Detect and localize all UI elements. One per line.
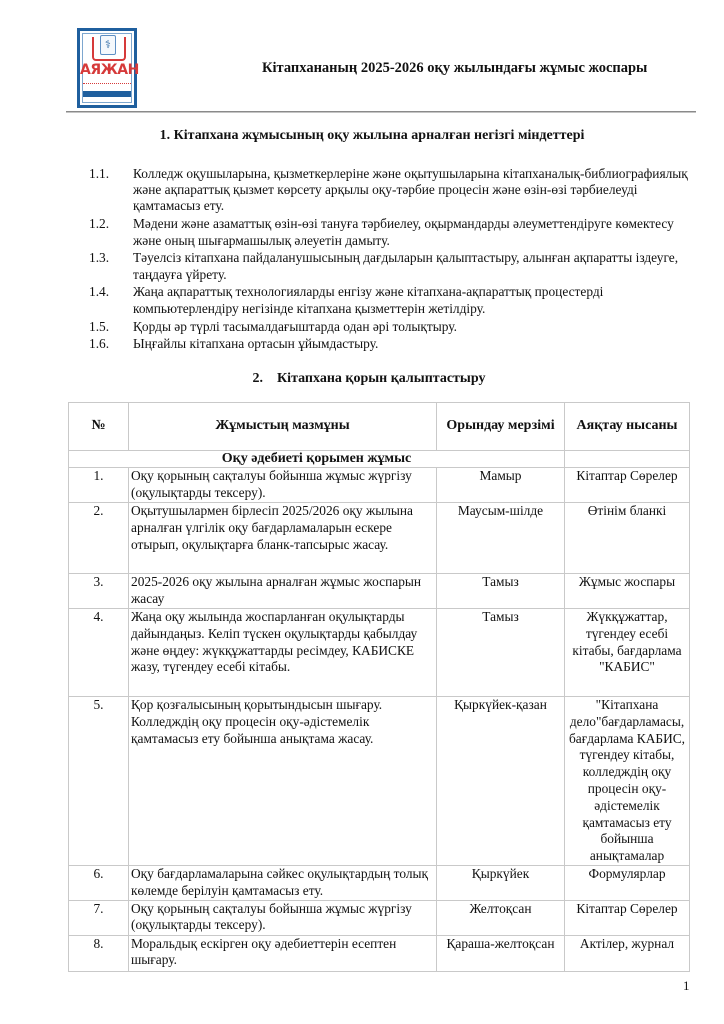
caduceus-icon: ⚕	[100, 35, 116, 55]
table-group-row: Оқу әдебиеті қорымен жұмыс	[69, 451, 690, 468]
task-number: 1.4.	[89, 284, 133, 316]
tasks-list: 1.1.Колледж оқушыларына, қызметкерлеріне…	[89, 166, 689, 354]
document-header-title: Кітапхананың 2025-2026 оқу жылындағы жұм…	[262, 60, 647, 77]
row-content: Оқытушылармен бірлесіп 2025/2026 оқу жыл…	[129, 503, 437, 574]
group-title: Оқу әдебиеті қорымен жұмыс	[69, 451, 565, 468]
row-completion-form: Жұмыс жоспары	[565, 574, 690, 609]
logo-wordmark: АЯЖАН	[80, 62, 134, 78]
row-content: 2025-2026 оқу жылына арналған жұмыс жосп…	[129, 574, 437, 609]
row-completion-form: "Кітапхана дело"бағдарламасы, бағдарлама…	[565, 697, 690, 866]
row-number: 5.	[69, 697, 129, 866]
row-number: 2.	[69, 503, 129, 574]
page-number: 1	[683, 978, 690, 994]
table-header-row: № Жұмыстың мазмұны Орындау мерзімі Аяқта…	[69, 403, 690, 451]
task-text: Қорды әр түрлі тасымалдағыштарда одан әр…	[133, 319, 689, 335]
task-item: 1.6.Ыңғайлы кітапхана ортасын ұйымдастыр…	[89, 336, 689, 352]
row-deadline: Қыркүйек	[437, 866, 565, 901]
row-deadline: Желтоқсан	[437, 900, 565, 935]
row-number: 7.	[69, 900, 129, 935]
row-deadline: Тамыз	[437, 609, 565, 697]
row-content: Жаңа оқу жылында жоспарланған оқулықтард…	[129, 609, 437, 697]
task-text: Ыңғайлы кітапхана ортасын ұйымдастыру.	[133, 336, 689, 352]
header-number: №	[69, 403, 129, 451]
row-number: 1.	[69, 468, 129, 503]
row-completion-form: Формулярлар	[565, 866, 690, 901]
open-book-icon: ⚕	[92, 37, 126, 61]
table-row: 5.Қор қозғалысының қорытындысын шығару. …	[69, 697, 690, 866]
table-row: 4.Жаңа оқу жылында жоспарланған оқулықта…	[69, 609, 690, 697]
row-content: Оқу бағдарламаларына сәйкес оқулықтардың…	[129, 866, 437, 901]
table-row: 7.Оқу қорының сақталуы бойынша жұмыс жүр…	[69, 900, 690, 935]
task-number: 1.1.	[89, 166, 133, 215]
task-item: 1.5.Қорды әр түрлі тасымалдағыштарда ода…	[89, 319, 689, 335]
work-plan-table: № Жұмыстың мазмұны Орындау мерзімі Аяқта…	[68, 402, 690, 972]
task-item: 1.3.Тәуелсіз кітапхана пайдаланушысының …	[89, 250, 689, 282]
header-divider	[66, 111, 696, 113]
row-deadline: Қыркүйек-қазан	[437, 697, 565, 866]
section-1-title: 1. Кітапхана жұмысының оқу жылына арналғ…	[0, 128, 724, 144]
task-text: Колледж оқушыларына, қызметкерлеріне жән…	[133, 166, 689, 215]
header-content: Жұмыстың мазмұны	[129, 403, 437, 451]
section-2-label: Кітапхана қорын қалыптастыру	[277, 371, 485, 386]
header-deadline: Орындау мерзімі	[437, 403, 565, 451]
task-number: 1.2.	[89, 216, 133, 248]
row-completion-form: Кітаптар Сөрелер	[565, 468, 690, 503]
row-number: 6.	[69, 866, 129, 901]
row-number: 4.	[69, 609, 129, 697]
row-number: 8.	[69, 935, 129, 971]
table-row: 8.Моральдық ескірген оқу әдебиеттерін ес…	[69, 935, 690, 971]
task-text: Тәуелсіз кітапхана пайдаланушысының дағд…	[133, 250, 689, 282]
task-number: 1.5.	[89, 319, 133, 335]
table-row: 1.Оқу қорының сақталуы бойынша жұмыс жүр…	[69, 468, 690, 503]
task-number: 1.6.	[89, 336, 133, 352]
task-text: Жаңа ақпараттық технологияларды енгізу ж…	[133, 284, 689, 316]
row-deadline: Қараша-желтоқсан	[437, 935, 565, 971]
header-completion-form: Аяқтау нысаны	[565, 403, 690, 451]
task-number: 1.3.	[89, 250, 133, 282]
logo-subtitle-line	[83, 83, 131, 87]
section-2-number: 2.	[253, 371, 264, 386]
logo-band	[83, 91, 131, 97]
college-logo: ⚕ АЯЖАН	[77, 28, 137, 108]
row-content: Оқу қорының сақталуы бойынша жұмыс жүргі…	[129, 468, 437, 503]
row-deadline: Тамыз	[437, 574, 565, 609]
row-completion-form: Актілер, журнал	[565, 935, 690, 971]
task-item: 1.1.Колледж оқушыларына, қызметкерлеріне…	[89, 166, 689, 215]
table-row: 6.Оқу бағдарламаларына сәйкес оқулықтард…	[69, 866, 690, 901]
task-item: 1.4.Жаңа ақпараттық технологияларды енгі…	[89, 284, 689, 316]
task-text: Мәдени және азаматтық өзін-өзі тануға тә…	[133, 216, 689, 248]
row-number: 3.	[69, 574, 129, 609]
task-item: 1.2.Мәдени және азаматтық өзін-өзі тануғ…	[89, 216, 689, 248]
row-completion-form: Жүкқұжаттар, түгендеу есебі кітабы, бағд…	[565, 609, 690, 697]
row-completion-form: Кітаптар Сөрелер	[565, 900, 690, 935]
table-row: 2.Оқытушылармен бірлесіп 2025/2026 оқу ж…	[69, 503, 690, 574]
row-content: Қор қозғалысының қорытындысын шығару. Ко…	[129, 697, 437, 866]
group-empty-cell	[565, 451, 690, 468]
table-row: 3.2025-2026 оқу жылына арналған жұмыс жо…	[69, 574, 690, 609]
section-2-title: 2.Кітапхана қорын қалыптастыру	[0, 371, 724, 387]
row-completion-form: Өтінім бланкі	[565, 503, 690, 574]
row-content: Моральдық ескірген оқу әдебиеттерін есеп…	[129, 935, 437, 971]
row-content: Оқу қорының сақталуы бойынша жұмыс жүргі…	[129, 900, 437, 935]
row-deadline: Мамыр	[437, 468, 565, 503]
row-deadline: Маусым-шілде	[437, 503, 565, 574]
